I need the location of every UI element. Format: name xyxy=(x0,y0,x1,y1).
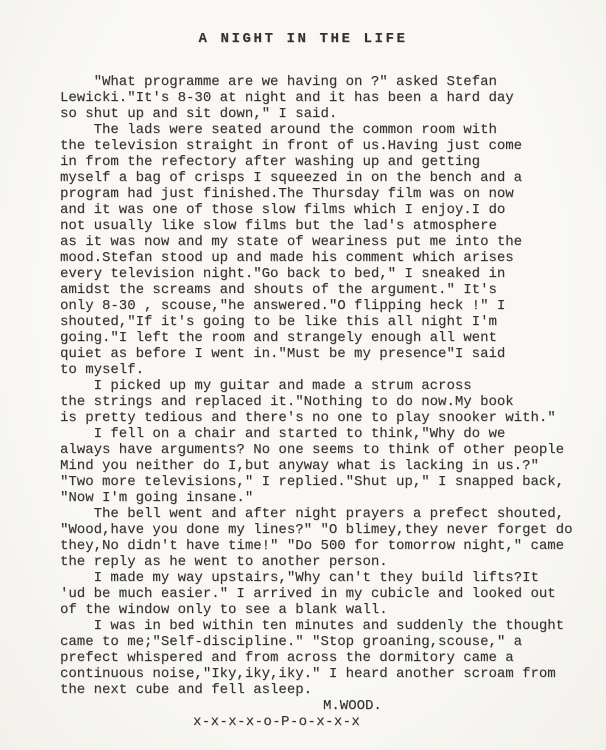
document-body: "What programme are we having on ?" aske… xyxy=(60,74,592,730)
text-line: and it was one of those slow films which… xyxy=(60,202,592,218)
text-line: "Two more televisions," I replied."Shut … xyxy=(60,474,592,490)
text-line: in from the refectory after washing up a… xyxy=(60,154,592,170)
text-line: Mind you neither do I,but anyway what is… xyxy=(60,458,592,474)
text-line: only 8-30 , scouse,"he answered."O flipp… xyxy=(60,298,592,314)
text-line: the next cube and fell asleep. xyxy=(60,682,592,698)
text-line: they,No didn't have time!" "Do 500 for t… xyxy=(60,538,592,554)
text-line: The bell went and after night prayers a … xyxy=(60,506,592,522)
text-line: "Now I'm going insane." xyxy=(60,490,592,506)
text-line: came to me;"Self-discipline." "Stop groa… xyxy=(60,634,592,650)
text-line: I was in bed within ten minutes and sudd… xyxy=(60,618,592,634)
author-signature: M.WOOD. xyxy=(60,698,592,714)
text-line: the television straight in front of us.H… xyxy=(60,138,592,154)
text-line: of the window only to see a blank wall. xyxy=(60,602,592,618)
text-line: as it was now and my state of weariness … xyxy=(60,234,592,250)
text-line: mood.Stefan stood up and made his commen… xyxy=(60,250,592,266)
text-line: quiet as before I went in."Must be my pr… xyxy=(60,346,592,362)
text-line: every television night."Go back to bed,"… xyxy=(60,266,592,282)
text-line: I picked up my guitar and made a strum a… xyxy=(60,378,592,394)
document-title: A NIGHT IN THE LIFE xyxy=(0,30,606,48)
text-line: "Wood,have you done my lines?" "O blimey… xyxy=(60,522,592,538)
text-line: shouted,"If it's going to be like this a… xyxy=(60,314,592,330)
text-line: program had just finished.The Thursday f… xyxy=(60,186,592,202)
text-line: I fell on a chair and started to think,"… xyxy=(60,426,592,442)
text-line: 'ud be much easier." I arrived in my cub… xyxy=(60,586,592,602)
text-line: continuous noise,"Iky,iky,iky." I heard … xyxy=(60,666,592,682)
text-line: The lads were seated around the common r… xyxy=(60,122,592,138)
text-line: I made my way upstairs,"Why can't they b… xyxy=(60,570,592,586)
text-line: the reply as he went to another person. xyxy=(60,554,592,570)
text-line: going."I left the room and strangely eno… xyxy=(60,330,592,346)
text-line: so shut up and sit down," I said. xyxy=(60,106,592,122)
text-line: not usually like slow films but the lad'… xyxy=(60,218,592,234)
text-line: prefect whispered and from across the do… xyxy=(60,650,592,666)
text-line: the strings and replaced it."Nothing to … xyxy=(60,394,592,410)
text-line: always have arguments? No one seems to t… xyxy=(60,442,592,458)
end-flourish: x-x-x-x-o-P-o-x-x-x xyxy=(60,714,592,730)
typewritten-page: A NIGHT IN THE LIFE "What programme are … xyxy=(0,0,606,750)
text-line: amidst the screams and shouts of the arg… xyxy=(60,282,592,298)
text-line: to myself. xyxy=(60,362,592,378)
text-line: Lewicki."It's 8-30 at night and it has b… xyxy=(60,90,592,106)
text-line: is pretty tedious and there's no one to … xyxy=(60,410,592,426)
text-line: "What programme are we having on ?" aske… xyxy=(60,74,592,90)
text-line: myself a bag of crisps I squeezed in on … xyxy=(60,170,592,186)
